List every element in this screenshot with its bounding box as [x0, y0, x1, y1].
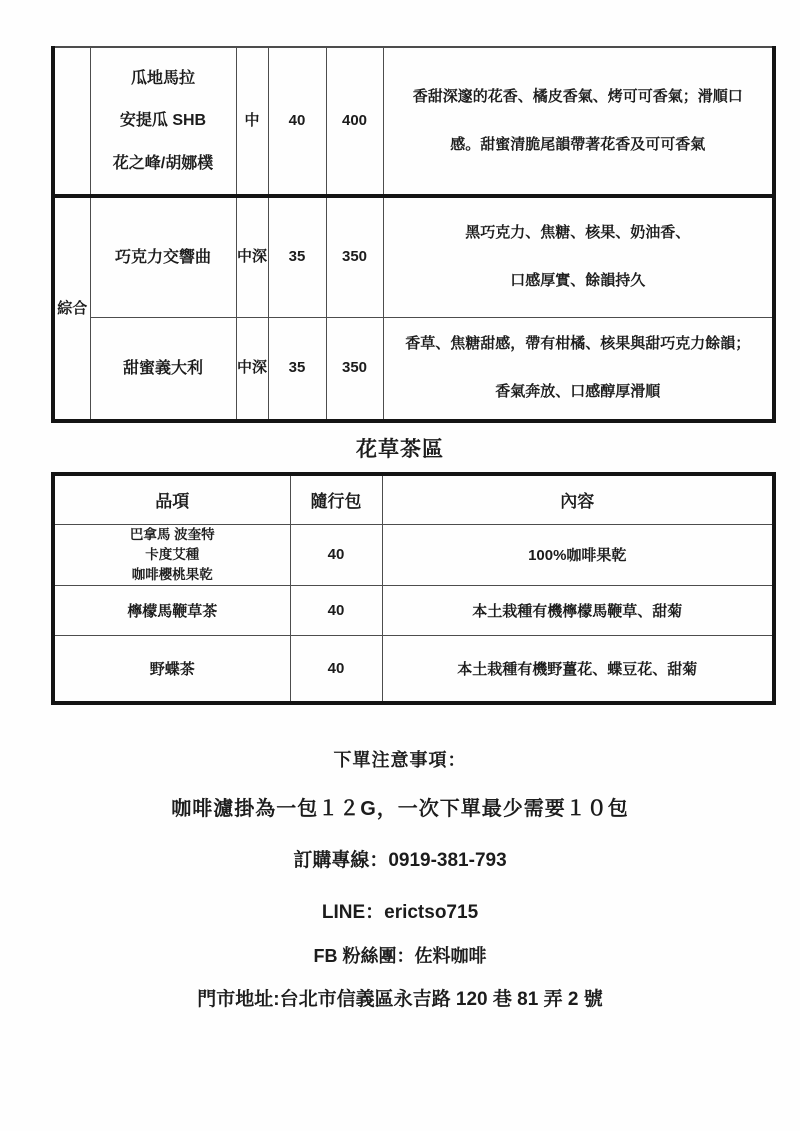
order-notes-heading: 下單注意事項： — [0, 746, 800, 772]
coffee-name-line: 安提瓜 SHB — [120, 111, 206, 130]
coffee-table: 瓜地馬拉 安提瓜 SHB 花之峰/胡娜樸 中 40 400 香甜深邃的花香、橘皮… — [51, 46, 776, 423]
coffee-name-line: 花之峰/胡娜樸 — [113, 154, 213, 173]
tea-item-line: 卡度艾種 — [145, 545, 199, 565]
order-facebook-line: FB 粉絲團：佐料咖啡 — [0, 942, 800, 968]
coffee-roast-cell: 中深 — [236, 317, 268, 421]
tea-table: 品項 隨行包 內容 巴拿馬 波奎特 卡度艾種 咖啡櫻桃果乾 40 100%咖啡果… — [51, 472, 776, 705]
tea-row-coffee-cherry: 巴拿馬 波奎特 卡度艾種 咖啡櫻桃果乾 40 100%咖啡果乾 — [53, 524, 774, 586]
coffee-name-line: 瓜地馬拉 — [131, 69, 195, 88]
tea-pack-cell: 40 — [290, 636, 382, 703]
coffee-bag-price-cell: 400 — [326, 47, 383, 196]
order-line-id: LINE：erictso715 — [0, 897, 800, 924]
store-address-line: 門市地址:台北市信義區永吉路 120 巷 81 弄 2 號 — [0, 984, 800, 1011]
coffee-group-cell-blend: 綜合 — [53, 196, 90, 421]
coffee-desc-line: 感。甜蜜清脆尾韻帶著花香及可可香氣 — [450, 136, 705, 154]
order-phone-line: 訂購專線：0919-381-793 — [0, 845, 800, 872]
coffee-desc-line: 黑巧克力、焦糖、核果、奶油香、 — [465, 224, 690, 242]
order-minimum-line: 咖啡濾掛為一包１２G，一次下單最少需要１０包 — [0, 792, 800, 821]
tea-item-cell: 野蝶茶 — [53, 636, 290, 703]
coffee-name-line: 巧克力交響曲 — [115, 248, 211, 267]
coffee-desc-line: 口感厚實、餘韻持久 — [510, 272, 645, 290]
coffee-pack-price-cell: 40 — [268, 47, 326, 196]
tea-item-line: 咖啡櫻桃果乾 — [132, 565, 213, 585]
tea-header-row: 品項 隨行包 內容 — [53, 474, 774, 524]
tea-item-cell: 檸檬馬鞭草茶 — [53, 586, 290, 636]
coffee-row-guatemala: 瓜地馬拉 安提瓜 SHB 花之峰/胡娜樸 中 40 400 香甜深邃的花香、橘皮… — [53, 47, 774, 196]
tea-row-wild-butterfly: 野蝶茶 40 本土栽種有機野薑花、蝶豆花、甜菊 — [53, 636, 774, 703]
tea-pack-cell: 40 — [290, 524, 382, 586]
coffee-bag-price-cell: 350 — [326, 196, 383, 317]
coffee-pack-price-cell: 35 — [268, 196, 326, 317]
coffee-roast-cell: 中 — [236, 47, 268, 196]
coffee-bag-price-cell: 350 — [326, 317, 383, 421]
menu-page: 瓜地馬拉 安提瓜 SHB 花之峰/胡娜樸 中 40 400 香甜深邃的花香、橘皮… — [0, 0, 800, 1131]
coffee-desc-cell: 香甜深邃的花香、橘皮香氣、烤可可香氣；滑順口 感。甜蜜清脆尾韻帶著花香及可可香氣 — [383, 47, 774, 196]
tea-pack-cell: 40 — [290, 586, 382, 636]
tea-item-line: 巴拿馬 波奎特 — [130, 525, 215, 545]
tea-header-content: 內容 — [382, 474, 774, 524]
tea-content-cell: 100%咖啡果乾 — [382, 524, 774, 586]
tea-content-cell: 本土栽種有機檸檬馬鞭草、甜菊 — [382, 586, 774, 636]
tea-header-pack: 隨行包 — [290, 474, 382, 524]
coffee-row-sweet-italy: 甜蜜義大利 中深 35 350 香草、焦糖甜感，帶有柑橘、核果與甜巧克力餘韻； … — [53, 317, 774, 421]
coffee-name-cell: 甜蜜義大利 — [90, 317, 236, 421]
coffee-group-cell-empty — [53, 47, 90, 196]
coffee-pack-price-cell: 35 — [268, 317, 326, 421]
coffee-name-cell: 巧克力交響曲 — [90, 196, 236, 317]
coffee-desc-cell: 香草、焦糖甜感，帶有柑橘、核果與甜巧克力餘韻； 香氣奔放、口感醇厚滑順 — [383, 317, 774, 421]
tea-content-cell: 本土栽種有機野薑花、蝶豆花、甜菊 — [382, 636, 774, 703]
coffee-name-line: 甜蜜義大利 — [123, 359, 203, 378]
coffee-desc-line: 香草、焦糖甜感，帶有柑橘、核果與甜巧克力餘韻； — [405, 335, 750, 353]
tea-row-lemon-verbena: 檸檬馬鞭草茶 40 本土栽種有機檸檬馬鞭草、甜菊 — [53, 586, 774, 636]
coffee-roast-cell: 中深 — [236, 196, 268, 317]
coffee-desc-line: 香氣奔放、口感醇厚滑順 — [495, 383, 660, 401]
tea-section-title: 花草茶區 — [0, 433, 800, 463]
coffee-name-cell: 瓜地馬拉 安提瓜 SHB 花之峰/胡娜樸 — [90, 47, 236, 196]
coffee-desc-cell: 黑巧克力、焦糖、核果、奶油香、 口感厚實、餘韻持久 — [383, 196, 774, 317]
tea-item-cell: 巴拿馬 波奎特 卡度艾種 咖啡櫻桃果乾 — [53, 524, 290, 586]
tea-header-item: 品項 — [53, 474, 290, 524]
coffee-desc-line: 香甜深邃的花香、橘皮香氣、烤可可香氣；滑順口 — [413, 88, 743, 106]
coffee-row-chocolate-symphony: 綜合 巧克力交響曲 中深 35 350 黑巧克力、焦糖、核果、奶油香、 口感厚實… — [53, 196, 774, 317]
